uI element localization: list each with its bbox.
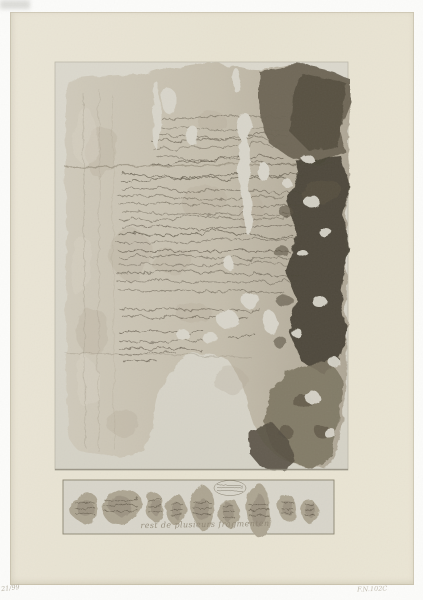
paper-grain <box>10 12 414 585</box>
scan-background: rest de plusieurs fragmenten 21/99 F.N.1… <box>0 0 423 600</box>
archival-photograph <box>0 0 423 600</box>
pencil-inscription-right: F.N.102C <box>357 584 388 593</box>
